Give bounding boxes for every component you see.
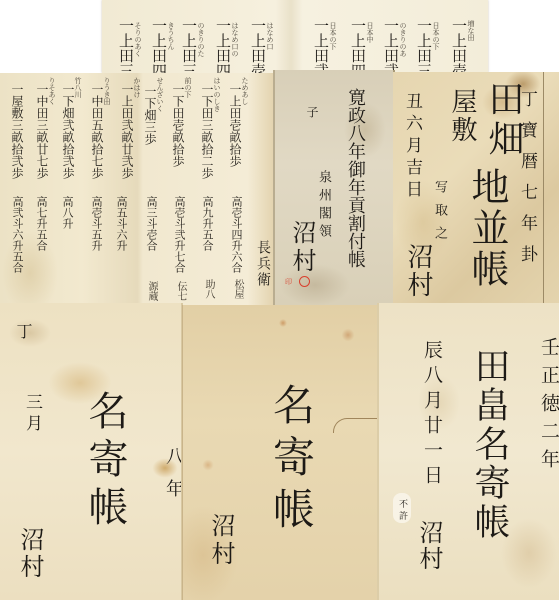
field-entry: 一中田三畝廿七歩 [36,83,48,179]
issue-date: 丑六月吉日 [403,92,420,202]
ledger-note: 日本の下 [432,22,439,50]
ledger-entry: 一上田四 [215,18,230,73]
kansei-tax-register-cover: 子 寛政八年御年貢割付帳 泉州閣領 沼村 印 [273,70,395,305]
field-note: りそあく [48,77,55,105]
owner-name: 松屋 [232,279,242,299]
title-main: 地並帳 [468,167,506,290]
shotoku-field-register-cover: 壬正徳二年 田畠名寄帳 辰八月廿一日 沼村 不許 [377,303,559,600]
field-note: せんざいく [156,77,163,112]
yield-entry: 高弐斗六升五合 [12,196,23,273]
seal-mark: 印 [285,277,292,287]
corner-mark: 丁 [15,323,31,339]
field-note: 前の下 [184,77,191,98]
ledger-entry: 一上田三 [118,18,133,73]
yield-entry: 高壱斗四升六合 [231,196,242,273]
ledger-entry: 一上田壱 [451,18,466,73]
village-name: 沼村 [209,513,233,569]
issue-date: 辰八月廿一日 [422,340,441,490]
horeki-land-register-cover: 丁寶暦七年卦 田畑 屋敷 地並帳 写取之 丑六月吉日 沼村 [393,72,559,305]
cover-edge-line [543,72,544,305]
label-text: 不許 [397,499,406,523]
yield-entry: 高壱斗弐升七合 [174,196,185,273]
village-name: 沼村 [405,243,431,299]
title-right: 田畑 [485,80,521,160]
copy-note: 写取之 [433,180,446,249]
nayose-register-cover-left: 丁 三月 名寄帳 八年 沼村 [0,303,183,600]
red-seal-icon [299,276,310,287]
field-entry: 一屋敷三畝拾弐歩 [11,83,23,179]
ledger-note: はなめ口 [266,22,273,50]
yield-entry: 高七升五合 [36,196,47,251]
village-name: 沼村 [290,220,314,276]
field-note: りうき田 [103,77,110,105]
ledger-note: はなめ口の [231,22,238,57]
ledger-note: そりのあく [134,22,141,57]
field-entry: 一下畑三歩 [144,85,156,145]
ledger-entry: 一上田弐 [383,18,398,73]
zodiac-mark: 子 [306,106,318,118]
ledger-entry: 一上田四 [350,18,365,73]
ledger-note: 日本中 [366,22,373,43]
cover-title: 名寄帳 [85,390,125,534]
yield-entry: 高九升五合 [202,196,213,251]
village-name: 沼村 [18,527,42,581]
month-label: 三月 [23,393,40,435]
title-left: 屋敷 [449,88,475,144]
owner-name: 源蔵 [146,281,156,301]
paper-crack [333,418,378,433]
year-label: 八年 [164,447,182,511]
ledger-note: 日本の下 [329,22,336,50]
yield-entry: 高三斗壱合 [146,196,157,251]
left-ledger-document: 一屋敷三畝拾弐歩 一中田三畝廿七歩 りそあく 一下畑弐畝拾弐歩 竹八川 一中田五… [0,73,275,305]
cover-title: 名寄帳 [270,383,312,539]
district-label: 泉州閣領 [317,170,330,242]
field-entry: 一中田五畝拾七歩 [91,83,103,179]
field-entry: 一下畑弐畝拾弐歩 [62,83,74,179]
cover-title: 田畠名寄帳 [471,347,507,542]
field-note: ためあし [241,77,248,105]
village-name: 沼村 [417,520,441,572]
owner-name: 助八 [203,279,213,299]
nayose-register-cover-middle: 名寄帳 沼村 [182,305,378,600]
field-entry: 一下田三畝拾二歩 [201,83,213,179]
ledger-entry: 一上田弐 [313,18,328,73]
ledger-entry: 一上田三 [181,18,196,73]
ledger-entry: 一上田壱 [250,18,265,73]
ledger-note: のきりのあ [399,22,406,57]
ledger-entry: 一上田三 [416,18,431,73]
yield-entry: 高壱斗五升 [91,196,102,251]
field-entry: 一上田弐畝廿弐歩 [121,83,133,179]
top-ledger-document: 一上田三 そりのあく 一上田四 きうちん 一上田三 のきりのた 一上田四 はなめ… [102,0,488,73]
yield-entry: 高五斗六升 [116,196,127,251]
yield-entry: 高八升 [62,196,73,229]
ledger-entry: 一上田四 [151,18,166,73]
ledger-note: 増な田 [467,20,474,41]
ledger-note: きうちん [167,22,174,50]
cover-title: 寛政八年御年貢割付帳 [346,88,364,268]
owner-name: 伝七 [175,281,185,301]
era-date: 壬正徳二年 [539,337,558,477]
field-note: かはけ [133,77,140,98]
field-note: 竹八川 [74,77,81,98]
field-entry: 一下田壱畝拾歩 [172,83,184,167]
holder-name: 長兵衛 [256,240,270,288]
field-entry: 一上田壱畝拾歩 [229,83,241,167]
field-note: はいのしき [213,77,220,112]
ledger-note: のきりのた [197,22,204,57]
